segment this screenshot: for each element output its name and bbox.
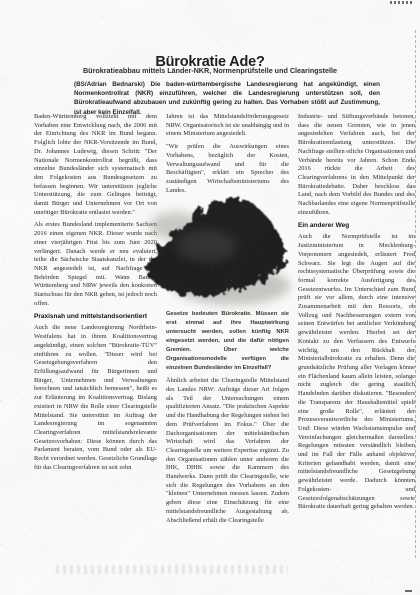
article-lead-paragraph: (BS/Adrian Bednarski) Die baden-württemb… xyxy=(74,80,380,117)
text-column-1: Baden-Württemberg vollzieht mit dem Vorh… xyxy=(34,113,157,560)
paragraph: Industrie- und Stiftungsverbände betonen… xyxy=(298,113,415,217)
section-heading: Praxisnah und mittelstandsorientiert xyxy=(34,312,157,321)
text-column-2: Jahren ist das Mittelstandsförderungsges… xyxy=(166,113,289,560)
paragraph: Ähnlich arbeitet die Clearingstelle Mitt… xyxy=(166,377,289,525)
scanned-newspaper-page: Bürokratie Ade? Bürokratieabbau mittels … xyxy=(0,0,420,595)
paragraph: Jahren ist das Mittelstandsförderungsges… xyxy=(166,113,289,139)
section-heading: Ein anderer Weg xyxy=(298,221,415,230)
article-subtitle: Bürokratieabbau mittels Länder-NKR, Norm… xyxy=(0,66,420,75)
corner-mark xyxy=(405,590,412,592)
page-header-smudge xyxy=(390,1,414,4)
article-photo xyxy=(136,186,298,312)
scan-smudge xyxy=(56,565,288,574)
photo-grain xyxy=(136,186,298,312)
photo-caption: Gesetze bedeuten Bürokratie. Müssen sie … xyxy=(166,310,289,373)
text-column-3: Industrie- und Stiftungsverbände betonen… xyxy=(298,113,415,560)
paragraph: Auch die neue Landesregierung Nordrhein-… xyxy=(34,324,157,472)
paragraph: Auch die Normprüfstelle ist im Justizmin… xyxy=(298,233,415,512)
scan-edge-artifact xyxy=(415,30,416,558)
